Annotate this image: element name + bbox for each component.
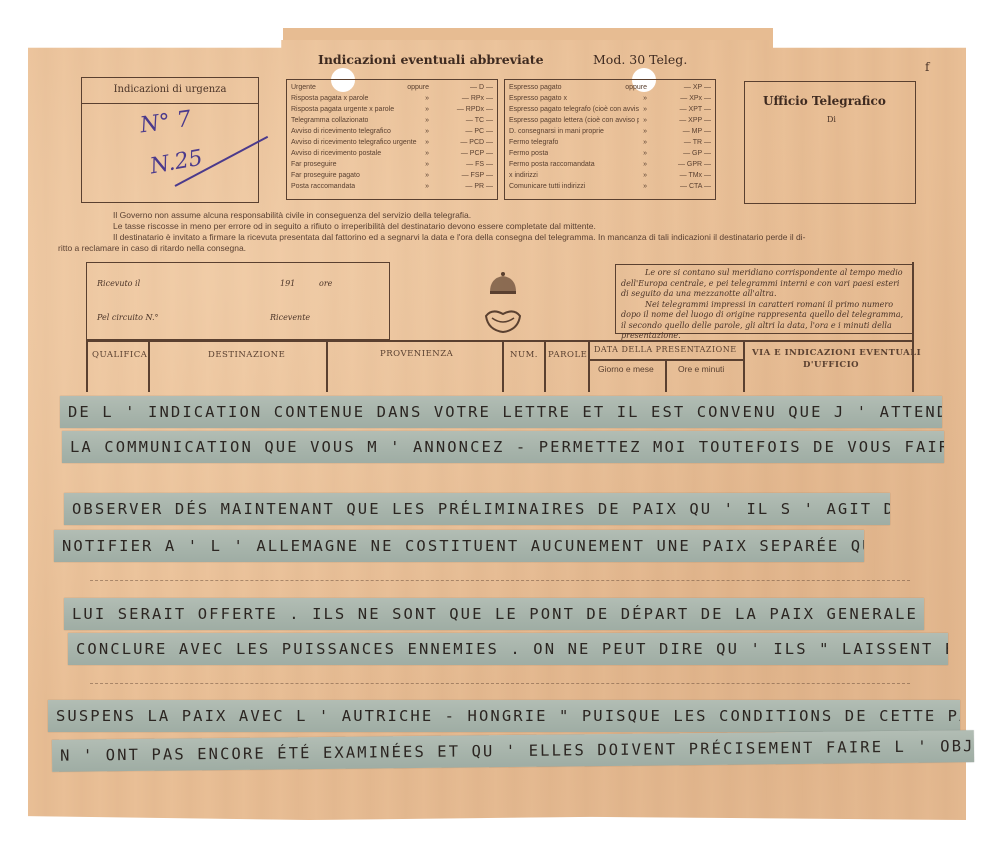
- column-ore-minuti: Ore e minuti: [678, 364, 724, 374]
- abbreviation-separator: »: [643, 148, 647, 159]
- office-title: Ufficio Telegrafico: [763, 94, 886, 108]
- telegram-tape-line-4: NOTIFIER A ' L ' ALLEMAGNE NE COSTITUENT…: [54, 530, 864, 562]
- abbreviation-code: — FS —: [433, 159, 493, 170]
- legal-notice: Il Governo non assume alcuna responsabil…: [58, 210, 958, 254]
- grid-line: [544, 340, 546, 392]
- abbreviation-label: Urgente: [291, 82, 316, 93]
- column-giorno-mese: Giorno e mese: [598, 364, 654, 374]
- abbreviation-row: Avviso di ricevimento postale»— PCP —: [291, 148, 493, 159]
- abbreviation-separator: »: [643, 137, 647, 148]
- notice-line-3: Il destinatario è invitato a firmare la …: [58, 232, 958, 243]
- time-note-box: Le ore si contano sul meridiano corrispo…: [615, 264, 913, 334]
- notice-line-1: Il Governo non assume alcuna responsabil…: [58, 210, 958, 221]
- abbreviation-separator: oppure: [407, 82, 429, 93]
- grid-line: [148, 340, 150, 392]
- abbreviation-label: Espresso pagato x: [509, 93, 567, 104]
- abbreviation-label: Far proseguire: [291, 159, 337, 170]
- column-provenienza: PROVENIENZA: [380, 349, 453, 359]
- abbreviation-row: Comunicare tutti indirizzi»— CTA —: [509, 181, 711, 192]
- abbreviation-code: — TR —: [651, 137, 711, 148]
- abbreviation-row: Telegramma collazionato»— TC —: [291, 115, 493, 126]
- abbreviation-separator: »: [643, 115, 647, 126]
- grid-line: [86, 340, 88, 392]
- abbreviation-code: — TC —: [433, 115, 493, 126]
- abbreviation-separator: oppure: [625, 82, 647, 93]
- circuit-label: Pel circuito N.°: [97, 313, 159, 324]
- abbreviation-separator: »: [425, 93, 429, 104]
- abbreviation-separator: »: [643, 104, 647, 115]
- abbreviation-code: — PC —: [433, 126, 493, 137]
- received-label: Ricevuto il: [97, 279, 140, 290]
- telegram-tape-line-1: DE L ' INDICATION CONTENUE DANS VOTRE LE…: [60, 396, 942, 428]
- abbreviation-separator: »: [643, 93, 647, 104]
- form-model-number: Mod. 30 Teleg.: [593, 52, 687, 67]
- grid-line: [588, 340, 590, 392]
- abbreviation-separator: »: [425, 159, 429, 170]
- office-box: Ufficio Telegrafico Di: [744, 81, 916, 204]
- abbreviation-row: Espresso pagato x»— XPx —: [509, 93, 711, 104]
- abbreviations-table-right: Espresso pagatooppure— XP —Espresso paga…: [504, 79, 716, 200]
- abbreviation-row: D. consegnarsi in mani proprie»— MP —: [509, 126, 711, 137]
- abbreviation-separator: »: [425, 126, 429, 137]
- abbreviation-label: Fermo telegrafo: [509, 137, 558, 148]
- abbreviation-code: — XP —: [651, 82, 711, 93]
- abbreviation-code: — GPR —: [651, 159, 711, 170]
- grid-line: [590, 359, 743, 361]
- column-via-indicazioni: VIA E INDICAZIONI EVENTUALI: [752, 348, 921, 358]
- abbreviation-label: Fermo posta: [509, 148, 548, 159]
- year-label: 191: [280, 279, 295, 290]
- abbreviation-row: Risposta pagata urgente x parole»— RPDx …: [291, 104, 493, 115]
- abbreviation-row: Espresso pagatooppure— XP —: [509, 82, 711, 93]
- abbreviation-code: — CTA —: [651, 181, 711, 192]
- abbreviation-row: Risposta pagata x parole»— RPx —: [291, 93, 493, 104]
- abbreviation-code: — GP —: [651, 148, 711, 159]
- abbreviation-label: x indirizzi: [509, 170, 538, 181]
- abbreviation-code: — TMx —: [651, 170, 711, 181]
- abbreviation-separator: »: [643, 159, 647, 170]
- notice-line-4: ritto a reclamare in caso di ritardo nel…: [58, 243, 958, 254]
- abbreviation-code: — D —: [433, 82, 493, 93]
- column-num: NUM.: [510, 350, 538, 360]
- abbreviation-code: — PCD —: [433, 137, 493, 148]
- abbreviation-row: Espresso pagato lettera (cioè con avviso…: [509, 115, 711, 126]
- abbreviation-label: Avviso di ricevimento telegrafico urgent…: [291, 137, 417, 148]
- abbreviation-row: Fermo telegrafo»— TR —: [509, 137, 711, 148]
- abbreviation-code: — FSP —: [433, 170, 493, 181]
- notice-line-2: Le tasse riscosse in meno per errore od …: [58, 221, 958, 232]
- column-qualifica: QUALIFICA: [92, 350, 147, 360]
- abbreviation-code: — RPx —: [433, 93, 493, 104]
- abbreviation-code: — XPP —: [651, 115, 711, 126]
- abbreviation-label: Espresso pagato lettera (cioè con avviso…: [509, 115, 639, 126]
- abbreviation-separator: »: [425, 115, 429, 126]
- abbreviation-label: Espresso pagato: [509, 82, 562, 93]
- receipt-box: Ricevuto il 191 ore Pel circuito N.° Ric…: [86, 262, 390, 340]
- urgency-box: Indicazioni di urgenza: [81, 77, 259, 203]
- abbreviation-row: Far proseguire»— FS —: [291, 159, 493, 170]
- abbreviation-separator: »: [643, 170, 647, 181]
- abbreviation-code: — XPT —: [651, 104, 711, 115]
- abbreviation-label: Espresso pagato telegrafo (cioè con avvi…: [509, 104, 639, 115]
- office-di-label: Di: [827, 115, 836, 124]
- abbreviation-row: Espresso pagato telegrafo (cioè con avvi…: [509, 104, 711, 115]
- abbreviation-code: — PCP —: [433, 148, 493, 159]
- abbreviation-row: Fermo posta»— GP —: [509, 148, 711, 159]
- abbreviation-label: Fermo posta raccomandata: [509, 159, 595, 170]
- abbreviation-row: Posta raccomandata»— PR —: [291, 181, 493, 192]
- separator-line: [90, 683, 910, 684]
- column-parole: PAROLE: [548, 350, 587, 360]
- abbreviation-label: Risposta pagata x parole: [291, 93, 368, 104]
- grid-line: [502, 340, 504, 392]
- column-data-presentazione: DATA DELLA PRESENTAZIONE: [594, 345, 737, 354]
- royal-crown-emblem: [478, 270, 528, 340]
- telegram-tape-line-5: LUI SERAIT OFFERTE . ILS NE SONT QUE LE …: [64, 598, 924, 630]
- abbreviation-separator: »: [425, 170, 429, 181]
- abbreviation-code: — PR —: [433, 181, 493, 192]
- abbreviation-label: Telegramma collazionato: [291, 115, 368, 126]
- time-note-2: Nei telegrammi impressi in caratteri rom…: [621, 300, 907, 342]
- abbreviation-separator: »: [425, 181, 429, 192]
- separator-line: [90, 580, 910, 581]
- abbreviation-code: — RPDx —: [433, 104, 493, 115]
- abbreviations-table-left: Urgenteoppure— D —Risposta pagata x paro…: [286, 79, 498, 200]
- abbreviation-label: Comunicare tutti indirizzi: [509, 181, 585, 192]
- abbreviation-row: Fermo posta raccomandata»— GPR —: [509, 159, 711, 170]
- telegram-tape-line-2: LA COMMUNICATION QUE VOUS M ' ANNONCEZ -…: [62, 431, 944, 463]
- abbreviation-label: Posta raccomandata: [291, 181, 355, 192]
- margin-mark: f: [925, 60, 929, 74]
- column-ufficio: D'UFFICIO: [803, 360, 859, 370]
- abbreviation-separator: »: [643, 181, 647, 192]
- abbreviation-separator: »: [425, 137, 429, 148]
- abbreviation-label: Avviso di ricevimento postale: [291, 148, 381, 159]
- urgency-box-title: Indicazioni di urgenza: [82, 84, 258, 95]
- grid-line: [743, 340, 745, 392]
- abbreviation-separator: »: [425, 104, 429, 115]
- abbreviation-separator: »: [643, 126, 647, 137]
- abbreviation-code: — XPx —: [651, 93, 711, 104]
- time-note-1: Le ore si contano sul meridiano corrispo…: [621, 268, 907, 300]
- abbreviation-code: — MP —: [651, 126, 711, 137]
- column-destinazione: DESTINAZIONE: [208, 350, 285, 360]
- abbreviation-label: Avviso di ricevimento telegrafico: [291, 126, 391, 137]
- abbreviation-separator: »: [425, 148, 429, 159]
- grid-line: [912, 262, 914, 392]
- grid-line: [326, 340, 328, 392]
- abbreviation-row: Far proseguire pagato»— FSP —: [291, 170, 493, 181]
- abbreviation-row: x indirizzi»— TMx —: [509, 170, 711, 181]
- receiver-label: Ricevente: [270, 313, 310, 324]
- abbreviation-row: Urgenteoppure— D —: [291, 82, 493, 93]
- header-title: Indicazioni eventuali abbreviate: [318, 52, 544, 67]
- grid-top-line: [86, 340, 912, 342]
- abbreviation-label: Risposta pagata urgente x parole: [291, 104, 394, 115]
- grid-line: [665, 360, 667, 392]
- abbreviation-label: D. consegnarsi in mani proprie: [509, 126, 604, 137]
- abbreviation-label: Far proseguire pagato: [291, 170, 360, 181]
- telegram-tape-line-6: CONCLURE AVEC LES PUISSANCES ENNEMIES . …: [68, 633, 948, 665]
- telegram-tape-line-3: OBSERVER DÉS MAINTENANT QUE LES PRÉLIMIN…: [64, 493, 890, 525]
- abbreviation-row: Avviso di ricevimento telegrafico urgent…: [291, 137, 493, 148]
- hour-label: ore: [319, 279, 332, 290]
- abbreviation-row: Avviso di ricevimento telegrafico»— PC —: [291, 126, 493, 137]
- telegram-tape-line-7: SUSPENS LA PAIX AVEC L ' AUTRICHE - HONG…: [48, 700, 960, 732]
